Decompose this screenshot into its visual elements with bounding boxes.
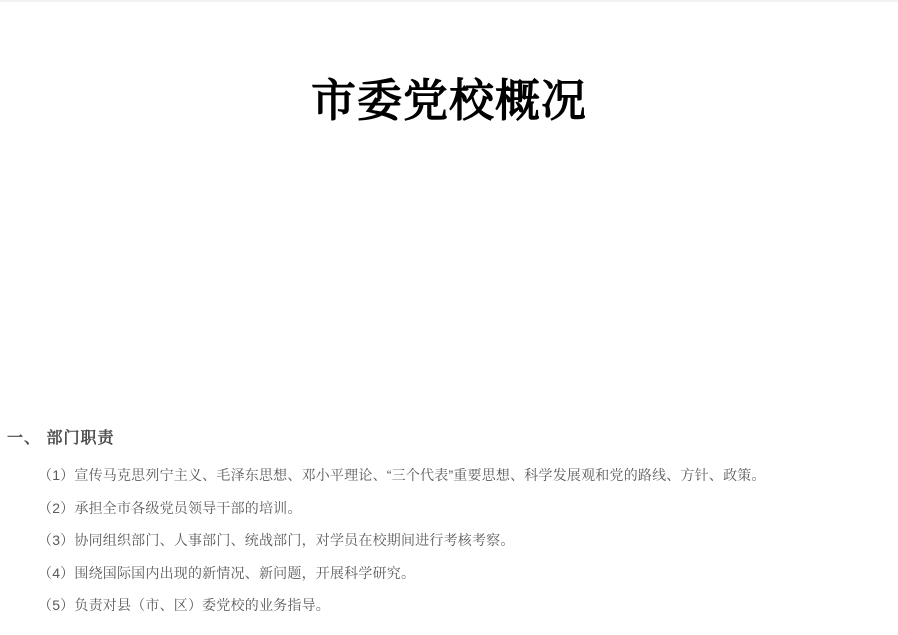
page-top-edge [0, 0, 898, 2]
list-item: （5）负责对县（市、区）委党校的业务指导。 [38, 589, 868, 622]
responsibility-list: （1）宣传马克思列宁主义、毛泽东思想、邓小平理论、“三个代表”重要思想、科学发展… [38, 459, 868, 622]
list-item: （1）宣传马克思列宁主义、毛泽东思想、邓小平理论、“三个代表”重要思想、科学发展… [38, 459, 868, 492]
list-item: （2）承担全市各级党员领导干部的培训。 [38, 492, 868, 525]
document-page: 市委党校概况 一、 部门职责 （1）宣传马克思列宁主义、毛泽东思想、邓小平理论、… [0, 0, 898, 635]
list-item: （4）围绕国际国内出现的新情况、新问题，开展科学研究。 [38, 557, 868, 590]
page-title: 市委党校概况 [0, 76, 898, 126]
section-heading: 一、 部门职责 [7, 427, 114, 450]
list-item: （3）协同组织部门、人事部门、统战部门，对学员在校期间进行考核考察。 [38, 524, 868, 557]
